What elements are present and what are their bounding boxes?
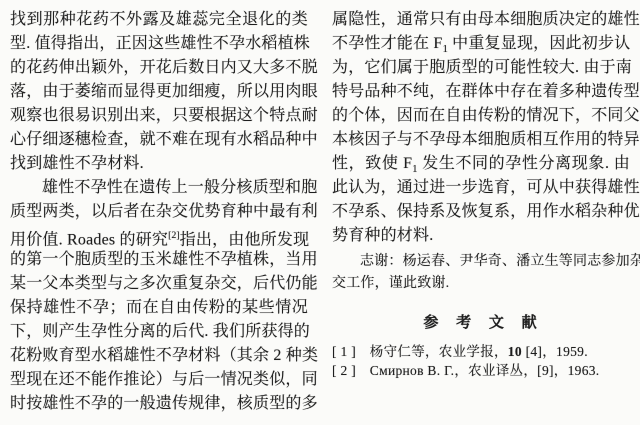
acknowledgment-line: 交工作，谨此致谢.	[332, 273, 630, 295]
acknowledgment: 志谢：杨运春、尹华奇、潘立生等同志参加杂交工作，谨此致谢.	[332, 251, 630, 295]
text-line: 花粉败育型水稻雄性不孕材料（其余 2 种类	[10, 344, 308, 368]
text-line: 保持雄性不孕；而在自由传粉的某些情况	[10, 296, 308, 320]
text-line: 观察也很易识别出来，只要根据这个特点耐	[10, 104, 308, 128]
text-line: 不孕系、保持系及恢复系，用作水稻杂种优	[332, 200, 630, 224]
right-column-text: 属隐性，通常只有由母本细胞质决定的雄性不孕性才能在 F1 中重复显现，因此初步认…	[332, 8, 630, 248]
text-line: 雄性不孕性在遗传上一般分核质型和胞	[10, 176, 308, 200]
text-line: 特号品种不纯，在群体中存在着多种遗传型	[332, 80, 630, 104]
references-heading: 参 考 文 献	[332, 311, 630, 332]
text-line: 属隐性，通常只有由母本细胞质决定的雄性	[332, 8, 630, 32]
text-line: 某一父本类型与之多次重复杂交，后代仍能	[10, 272, 308, 296]
reference-item: [ 1 ] 杨守仁等，农业学报，10 [4]，1959.	[332, 342, 630, 361]
text-line: 此认为，通过进一步选育，可从中获得雄性	[332, 176, 630, 200]
left-column: 找到那种花药不外露及雄蕊完全退化的类型. 值得指出，正因这些雄性不孕水稻植株的花…	[10, 8, 308, 425]
text-line: 本核因子与不孕母本细胞质相互作用的特异	[332, 128, 630, 152]
text-line: 为，它们属于胞质型的可能性较大. 由于南	[332, 56, 630, 80]
text-line: 心仔细逐穗检查，就不难在现有水稻品种中	[10, 128, 308, 152]
text-line: 找到那种花药不外露及雄蕊完全退化的类	[10, 8, 308, 32]
text-line: 的第一个胞质型的玉米雄性不孕植株，当用	[10, 248, 308, 272]
left-column-text: 找到那种花药不外露及雄蕊完全退化的类型. 值得指出，正因这些雄性不孕水稻植株的花…	[10, 8, 308, 416]
text-line: 型现在还不能作推论）与后一情况类似，同	[10, 368, 308, 392]
text-line: 型. 值得指出，正因这些雄性不孕水稻植株	[10, 32, 308, 56]
acknowledgment-line: 志谢：杨运春、尹华奇、潘立生等同志参加杂	[332, 251, 630, 273]
text-line: 质型两类，以后者在杂交优势育种中最有利	[10, 200, 308, 224]
reference-item: [ 2 ] Смирнов В. Г.，农业译丛，[9]，1963.	[332, 361, 630, 380]
text-line: 用价值. Roades 的研究[2]指出，由他所发现	[10, 224, 308, 248]
text-line: 找到雄性不孕材料.	[10, 152, 308, 176]
text-line: 势育种的材料.	[332, 224, 630, 248]
text-line: 落，由于萎缩而显得更加细瘦，所以用肉眼	[10, 80, 308, 104]
document-page: 找到那种花药不外露及雄蕊完全退化的类型. 值得指出，正因这些雄性不孕水稻植株的花…	[0, 0, 640, 425]
text-line: 的花药伸出颖外，开花后数日内又大多不脱	[10, 56, 308, 80]
text-line: 时按雄性不孕的一般遗传规律，核质型的多	[10, 392, 308, 416]
text-line: 不孕性才能在 F1 中重复显现，因此初步认	[332, 32, 630, 56]
references-list: [ 1 ] 杨守仁等，农业学报，10 [4]，1959.[ 2 ] Смирно…	[332, 342, 630, 380]
text-line: 性，致使 F1 发生不同的孕性分离现象. 由	[332, 152, 630, 176]
text-line: 的个体，因而在自由传粉的情况下，不同父	[332, 104, 630, 128]
right-column: 属隐性，通常只有由母本细胞质决定的雄性不孕性才能在 F1 中重复显现，因此初步认…	[332, 8, 630, 425]
text-line: 下，则产生孕性分离的后代. 我们所获得的	[10, 320, 308, 344]
